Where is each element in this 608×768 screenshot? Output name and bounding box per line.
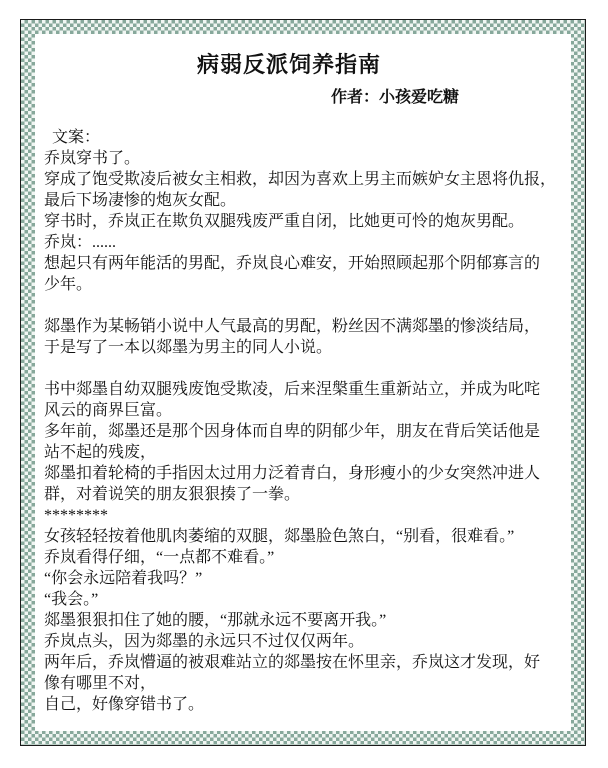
checkered-border-frame: 病弱反派饲养指南 作者：小孩爱吃糖 文案：乔岚穿书了。穿成了饱受欺凌后被女主相救… xyxy=(20,19,586,746)
text-line xyxy=(44,295,567,316)
novel-title: 病弱反派饲养指南 xyxy=(35,51,543,79)
text-line: 郯墨狠狠扣住了她的腰，“那就永远不要离开我。” xyxy=(44,610,567,631)
text-line: 多年前，郯墨还是那个因身体而自卑的阴郁少年，朋友在背后笑话他是 xyxy=(44,421,567,442)
author-line: 作者：小孩爱吃糖 xyxy=(35,87,571,109)
text-line: 乔岚点头，因为郯墨的永远只不过仅仅两年。 xyxy=(44,631,567,652)
text-line: 穿成了饱受欺凌后被女主相救，却因为喜欢上男主而嫉妒女主恩将仇报， xyxy=(44,169,567,190)
text-line: 像有哪里不对， xyxy=(44,673,567,694)
text-line: “我会。” xyxy=(44,589,567,610)
text-line: 最后下场凄惨的炮灰女配。 xyxy=(44,190,567,211)
text-line: “你会永远陪着我吗？” xyxy=(44,568,567,589)
text-line: 群，对着说笑的朋友狠狠揍了一拳。 xyxy=(44,484,567,505)
text-line: 女孩轻轻按着他肌肉萎缩的双腿，郯墨脸色煞白，“别看，很难看。” xyxy=(44,526,567,547)
text-line: 书中郯墨自幼双腿残废饱受欺凌，后来涅槃重生重新站立，并成为叱咤 xyxy=(44,379,567,400)
text-line: 少年。 xyxy=(44,274,567,295)
text-line: 站不起的残废， xyxy=(44,442,567,463)
text-line: 自己，好像穿错书了。 xyxy=(44,694,567,715)
text-line xyxy=(44,358,567,379)
text-line: 想起只有两年能活的男配，乔岚良心难安，开始照顾起那个阴郁寡言的 xyxy=(44,253,567,274)
text-line: 两年后，乔岚懵逼的被艰难站立的郯墨按在怀里亲，乔岚这才发现，好 xyxy=(44,652,567,673)
text-line: 文案： xyxy=(44,127,567,148)
text-line: 乔岚穿书了。 xyxy=(44,148,567,169)
text-line: 于是写了一本以郯墨为男主的同人小说。 xyxy=(44,337,567,358)
text-line: ******** xyxy=(44,505,567,526)
text-line: 乔岚：...... xyxy=(44,232,567,253)
text-line: 郯墨扣着轮椅的手指因太过用力泛着青白，身形瘦小的少女突然冲进人 xyxy=(44,463,567,484)
text-line: 风云的商界巨富。 xyxy=(44,400,567,421)
text-line: 乔岚看得仔细，“一点都不难看。” xyxy=(44,547,567,568)
text-line: 郯墨作为某畅销小说中人气最高的男配，粉丝因不满郯墨的惨淡结局， xyxy=(44,316,567,337)
text-line: 穿书时，乔岚正在欺负双腿残废严重自闭，比她更可怜的炮灰男配。 xyxy=(44,211,567,232)
document-page: 病弱反派饲养指南 作者：小孩爱吃糖 文案：乔岚穿书了。穿成了饱受欺凌后被女主相救… xyxy=(35,34,571,731)
synopsis-body: 文案：乔岚穿书了。穿成了饱受欺凌后被女主相救，却因为喜欢上男主而嫉妒女主恩将仇报… xyxy=(35,127,571,715)
